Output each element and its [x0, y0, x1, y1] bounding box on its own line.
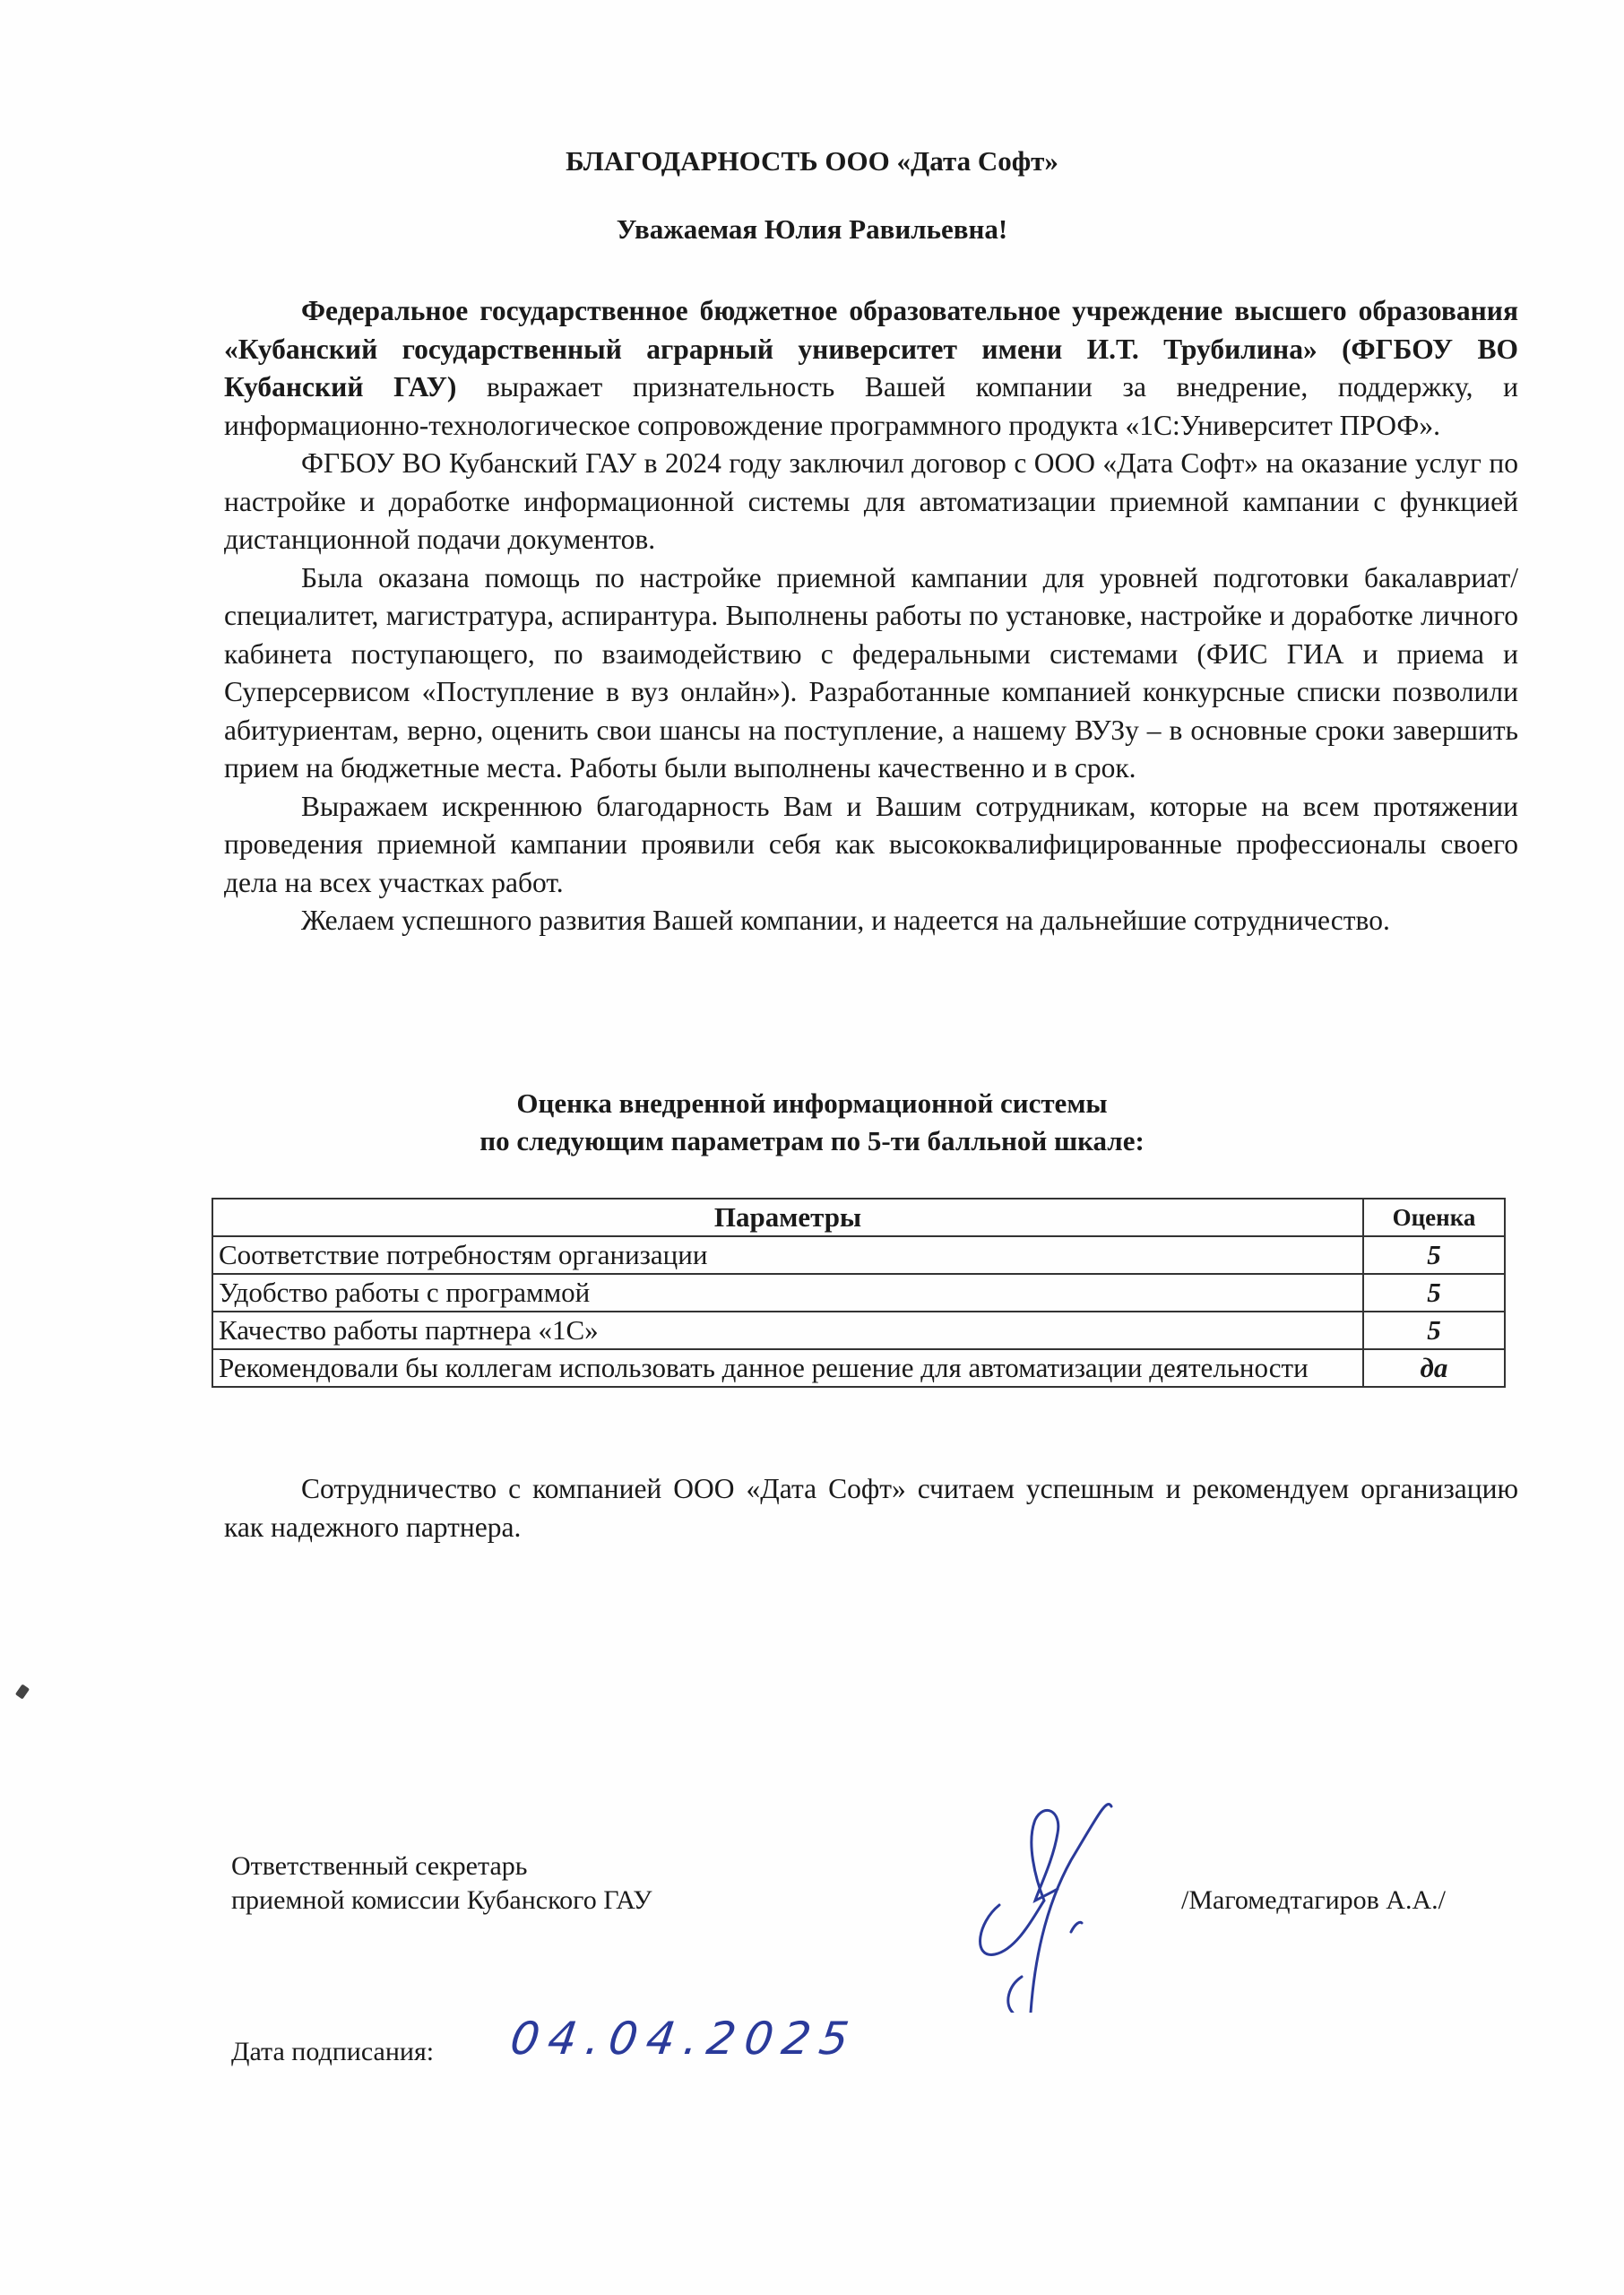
closing-statement: Сотрудничество с компанией ООО «Дата Соф… [224, 1470, 1518, 1546]
header-score: Оценка [1363, 1199, 1505, 1236]
paragraph-5: Желаем успешного развития Вашей компании… [224, 902, 1518, 940]
scan-artifact [15, 1684, 30, 1699]
parameter-cell: Соответствие потребностям организации [212, 1236, 1363, 1274]
signatory-role-line-2: приемной комиссии Кубанского ГАУ [231, 1884, 652, 1918]
table-header-row: Параметры Оценка [212, 1199, 1505, 1236]
signing-date-label: Дата подписания: [231, 2035, 434, 2069]
paragraph-3: Была оказана помощь по настройке приемно… [224, 559, 1518, 788]
table-row: Удобство работы с программой 5 [212, 1274, 1505, 1312]
evaluation-title: Оценка внедренной информационной системы… [0, 1085, 1624, 1160]
letter-body: Федеральное государственное бюджетное об… [224, 292, 1518, 940]
score-cell: 5 [1363, 1312, 1505, 1349]
closing-paragraph: Сотрудничество с компанией ООО «Дата Соф… [224, 1470, 1518, 1546]
signatory-role-line-1: Ответственный секретарь [231, 1849, 652, 1884]
signatory-name: /Магомедтагиров А.А./ [1181, 1884, 1446, 1918]
parameter-cell: Рекомендовали бы коллегам использовать д… [212, 1349, 1363, 1387]
table-row: Качество работы партнера «1С» 5 [212, 1312, 1505, 1349]
signing-date: 04.04.2025 [507, 2013, 860, 2065]
score-cell: 5 [1363, 1274, 1505, 1312]
score-cell: 5 [1363, 1236, 1505, 1274]
signatory-role: Ответственный секретарь приемной комисси… [231, 1849, 652, 1918]
greeting: Уважаемая Юлия Равильевна! [0, 212, 1624, 247]
evaluation-title-line-1: Оценка внедренной информационной системы [0, 1085, 1624, 1122]
paragraph-4: Выражаем искреннюю благодарность Вам и В… [224, 788, 1518, 903]
paragraph-1: Федеральное государственное бюджетное об… [224, 292, 1518, 445]
table-row: Рекомендовали бы коллегам использовать д… [212, 1349, 1505, 1387]
header-parameters: Параметры [212, 1199, 1363, 1236]
evaluation-title-line-2: по следующим параметрам по 5-ти балльной… [0, 1122, 1624, 1160]
document-title: БЛАГОДАРНОСТЬ ООО «Дата Софт» [0, 143, 1624, 179]
table-row: Соответствие потребностям организации 5 [212, 1236, 1505, 1274]
signature-icon [972, 1788, 1134, 2013]
paragraph-2: ФГБОУ ВО Кубанский ГАУ в 2024 году заклю… [224, 445, 1518, 559]
parameter-cell: Качество работы партнера «1С» [212, 1312, 1363, 1349]
document-page: БЛАГОДАРНОСТЬ ООО «Дата Софт» Уважаемая … [0, 0, 1624, 2295]
score-cell: да [1363, 1349, 1505, 1387]
evaluation-table: Параметры Оценка Соответствие потребност… [212, 1198, 1506, 1388]
parameter-cell: Удобство работы с программой [212, 1274, 1363, 1312]
